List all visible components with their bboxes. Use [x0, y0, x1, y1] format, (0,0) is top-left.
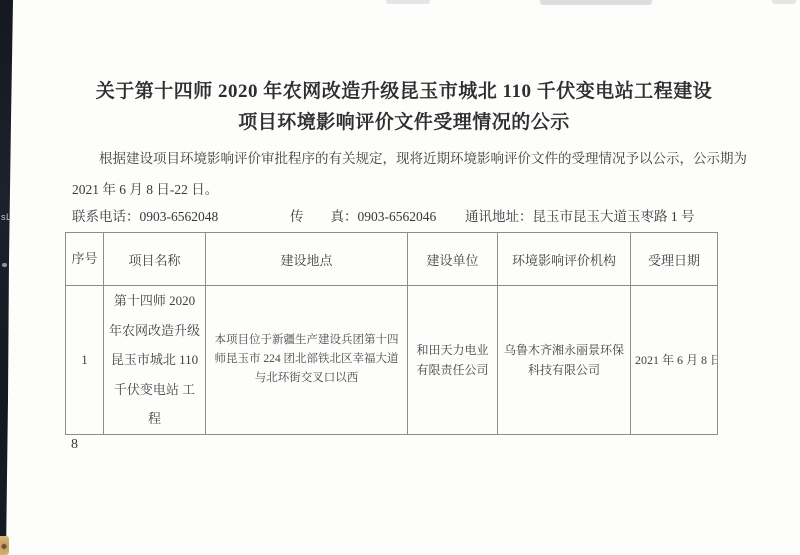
contact-address: 通讯地址：昆玉市昆玉大道玉枣路 1 号: [465, 205, 695, 225]
table-header-row: 序号 项目名称 建设地点 建设单位 环境影响评价机构 受理日期: [66, 233, 718, 286]
cell-eia-agency: 乌鲁木齐湘永丽景环保科技有限公司: [498, 286, 631, 435]
notice-title-line1: 关于第十四师 2020 年农网改造升级昆玉市城北 110 千伏变电站工程建设: [62, 76, 746, 107]
contact-info-row: 联系电话：0903-6562048 传 真：0903-6562046 通讯地址：…: [72, 205, 748, 225]
contact-phone: 联系电话：0903-6562048: [72, 205, 218, 225]
col-header-builder: 建设单位: [408, 233, 498, 286]
col-header-eia-agency: 环境影响评价机构: [498, 233, 631, 286]
col-header-serial: 序号: [66, 233, 104, 286]
cell-serial: 1: [66, 286, 104, 435]
intro-line2: 2021 年 6 月 8 日-22 日。: [72, 174, 748, 205]
col-header-location: 建设地点: [206, 233, 408, 286]
notice-document: 关于第十四师 2020 年农网改造升级昆玉市城北 110 千伏变电站工程建设 项…: [0, 0, 800, 555]
col-header-project-name: 项目名称: [104, 233, 206, 286]
page-number: 8: [71, 437, 78, 453]
intro-paragraph: 根据建设项目环境影响评价审批程序的有关规定，现将近期环境影响评价文件的受理情况予…: [72, 143, 748, 205]
cell-project-name: 第十四师 2020 年农网改造升级昆玉市城北 110 千伏变电站 工程: [104, 286, 206, 435]
cell-builder: 和田天力电业有限责任公司: [408, 286, 498, 435]
scanned-notice-page: sL 关于第十四师 2020 年农网改造升级昆玉市城北 110 千伏变电站工程建…: [0, 0, 800, 555]
notice-title-line2: 项目环境影响评价文件受理情况的公示: [62, 107, 746, 138]
notice-title: 关于第十四师 2020 年农网改造升级昆玉市城北 110 千伏变电站工程建设 项…: [62, 76, 746, 138]
cell-location: 本项目位于新疆生产建设兵团第十四师昆玉市 224 团北部铁北区幸福大道与北环街交…: [206, 286, 408, 435]
contact-fax: 传 真：0903-6562046: [290, 205, 436, 225]
cell-accept-date: 2021 年 6 月 8 日: [631, 286, 718, 435]
col-header-accept-date: 受理日期: [631, 233, 718, 286]
acceptance-table: 序号 项目名称 建设地点 建设单位 环境影响评价机构 受理日期 1 第十四师 2…: [65, 232, 718, 435]
table-row: 1 第十四师 2020 年农网改造升级昆玉市城北 110 千伏变电站 工程 本项…: [66, 286, 718, 435]
intro-line1: 根据建设项目环境影响评价审批程序的有关规定，现将近期环境影响评价文件的受理情况予…: [72, 143, 748, 174]
